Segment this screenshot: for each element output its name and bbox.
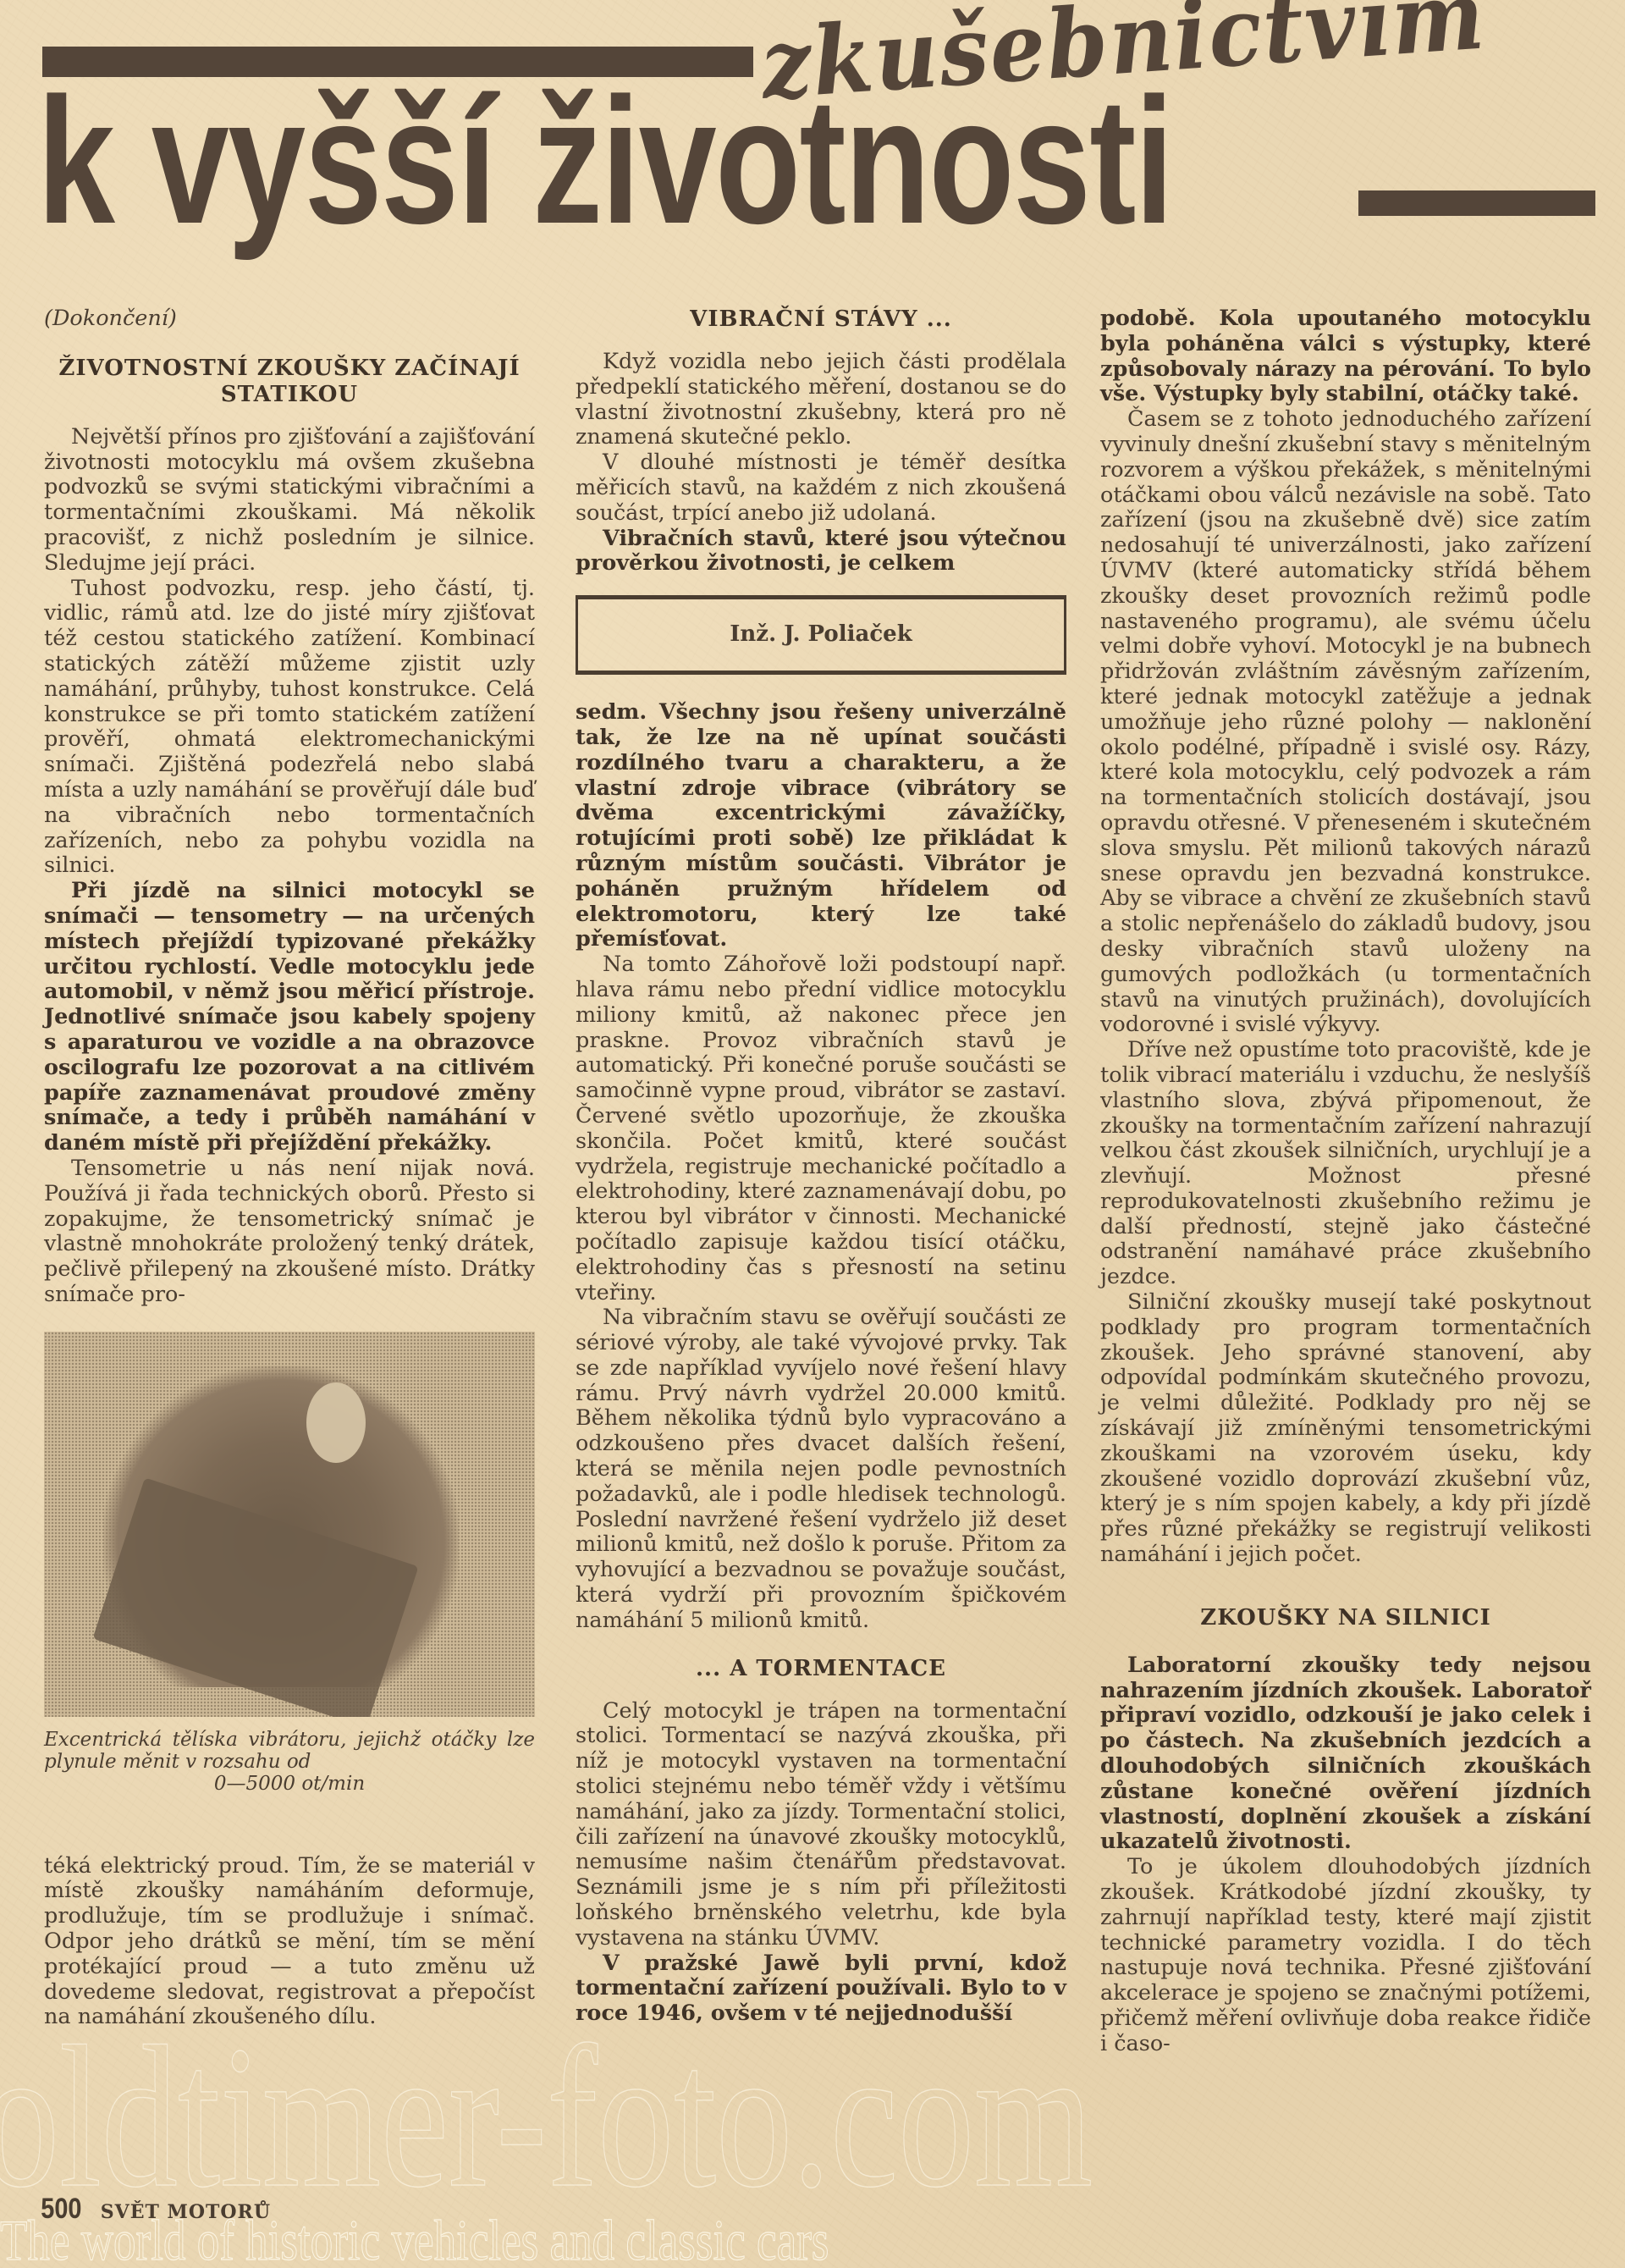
paragraph: Když vozidla nebo jejich části prodělala…: [576, 350, 1066, 450]
photo-caption: Excentrická tělíska vibrátoru, jejichž o…: [44, 1729, 535, 1795]
photo-highlight: [306, 1382, 366, 1463]
photo-caption-range: 0—5000 ot/min: [44, 1773, 535, 1795]
paragraph: Největší přínos pro zjišťování a zajišťo…: [44, 425, 535, 577]
paragraph-bold: Vibračních stavů, které jsou výtečnou pr…: [576, 527, 1066, 577]
section-heading-statika: ŽIVOTNOSTNÍ ZKOUŠKY ZAČÍNAJÍ STATIKOU: [44, 356, 535, 408]
author-byline-box: Inž. J. Poliaček: [576, 595, 1066, 675]
author-name: Inž. J. Poliaček: [730, 622, 912, 648]
column-middle: VIBRAČNÍ STÁVY ... Když vozidla nebo jej…: [576, 306, 1066, 2027]
column-left: (Dokončení) ŽIVOTNOSTNÍ ZKOUŠKY ZAČÍNAJÍ…: [44, 306, 535, 2030]
watermark-tagline: The world of historic vehicles and class…: [0, 2211, 829, 2268]
watermark-site: oldtimer-foto.com: [0, 2015, 1093, 2218]
section-heading-silnice: ZKOUŠKY NA SILNICI: [1100, 1605, 1591, 1631]
paragraph: téká elektrický proud. Tím, že se materi…: [44, 1854, 535, 2031]
continuation-note: (Dokončení): [44, 306, 535, 332]
vibrator-photo: [44, 1332, 535, 1717]
paragraph: Tensometrie u nás není nijak nová. Použí…: [44, 1156, 535, 1308]
paragraph-bold: podobě. Kola upoutaného motocyklu byla p…: [1100, 306, 1591, 407]
paragraph: Tuhost podvozku, resp. jeho částí, tj. v…: [44, 577, 535, 880]
article-title: k vyšší životnosti: [37, 71, 1172, 251]
paragraph-bold: V pražské Jawě byli první, kdož tormenta…: [576, 1951, 1066, 2027]
paragraph-bold: sedm. Všechny jsou řešeny univerzálně ta…: [576, 700, 1066, 952]
section-heading-tormentace: ... A TORMENTACE: [576, 1656, 1066, 1682]
photo-caption-text: Excentrická tělíska vibrátoru, jejichž o…: [44, 1729, 535, 1773]
masthead: zkušebnictvím k vyšší životnosti: [0, 0, 1625, 279]
title-rule-bottom: [1358, 190, 1595, 216]
paragraph-bold: Laboratorní zkoušky tedy nejsou nahrazen…: [1100, 1653, 1591, 1855]
paragraph: Silniční zkoušky musejí také poskytnout …: [1100, 1290, 1591, 1568]
paragraph: Celý motocykl je trápen na tormentační s…: [576, 1699, 1066, 1951]
section-heading-vibracni-stavy: VIBRAČNÍ STÁVY ...: [576, 306, 1066, 333]
paragraph: V dlouhé místnosti je téměř desítka měři…: [576, 450, 1066, 526]
paragraph: Na tomto Záhořově loži podstoupí např. h…: [576, 952, 1066, 1305]
paragraph-bold: Při jízdě na silnici motocykl se snímači…: [44, 879, 535, 1156]
column-right: podobě. Kola upoutaného motocyklu byla p…: [1100, 306, 1591, 2057]
paragraph: Na vibračním stavu se ověřují součásti z…: [576, 1305, 1066, 1633]
paragraph: Časem se z tohoto jednoduchého zařízení …: [1100, 407, 1591, 1038]
paragraph: Dříve než opustíme toto pracoviště, kde …: [1100, 1038, 1591, 1290]
paragraph: To je úkolem dlouhodobých jízdních zkouš…: [1100, 1855, 1591, 2056]
